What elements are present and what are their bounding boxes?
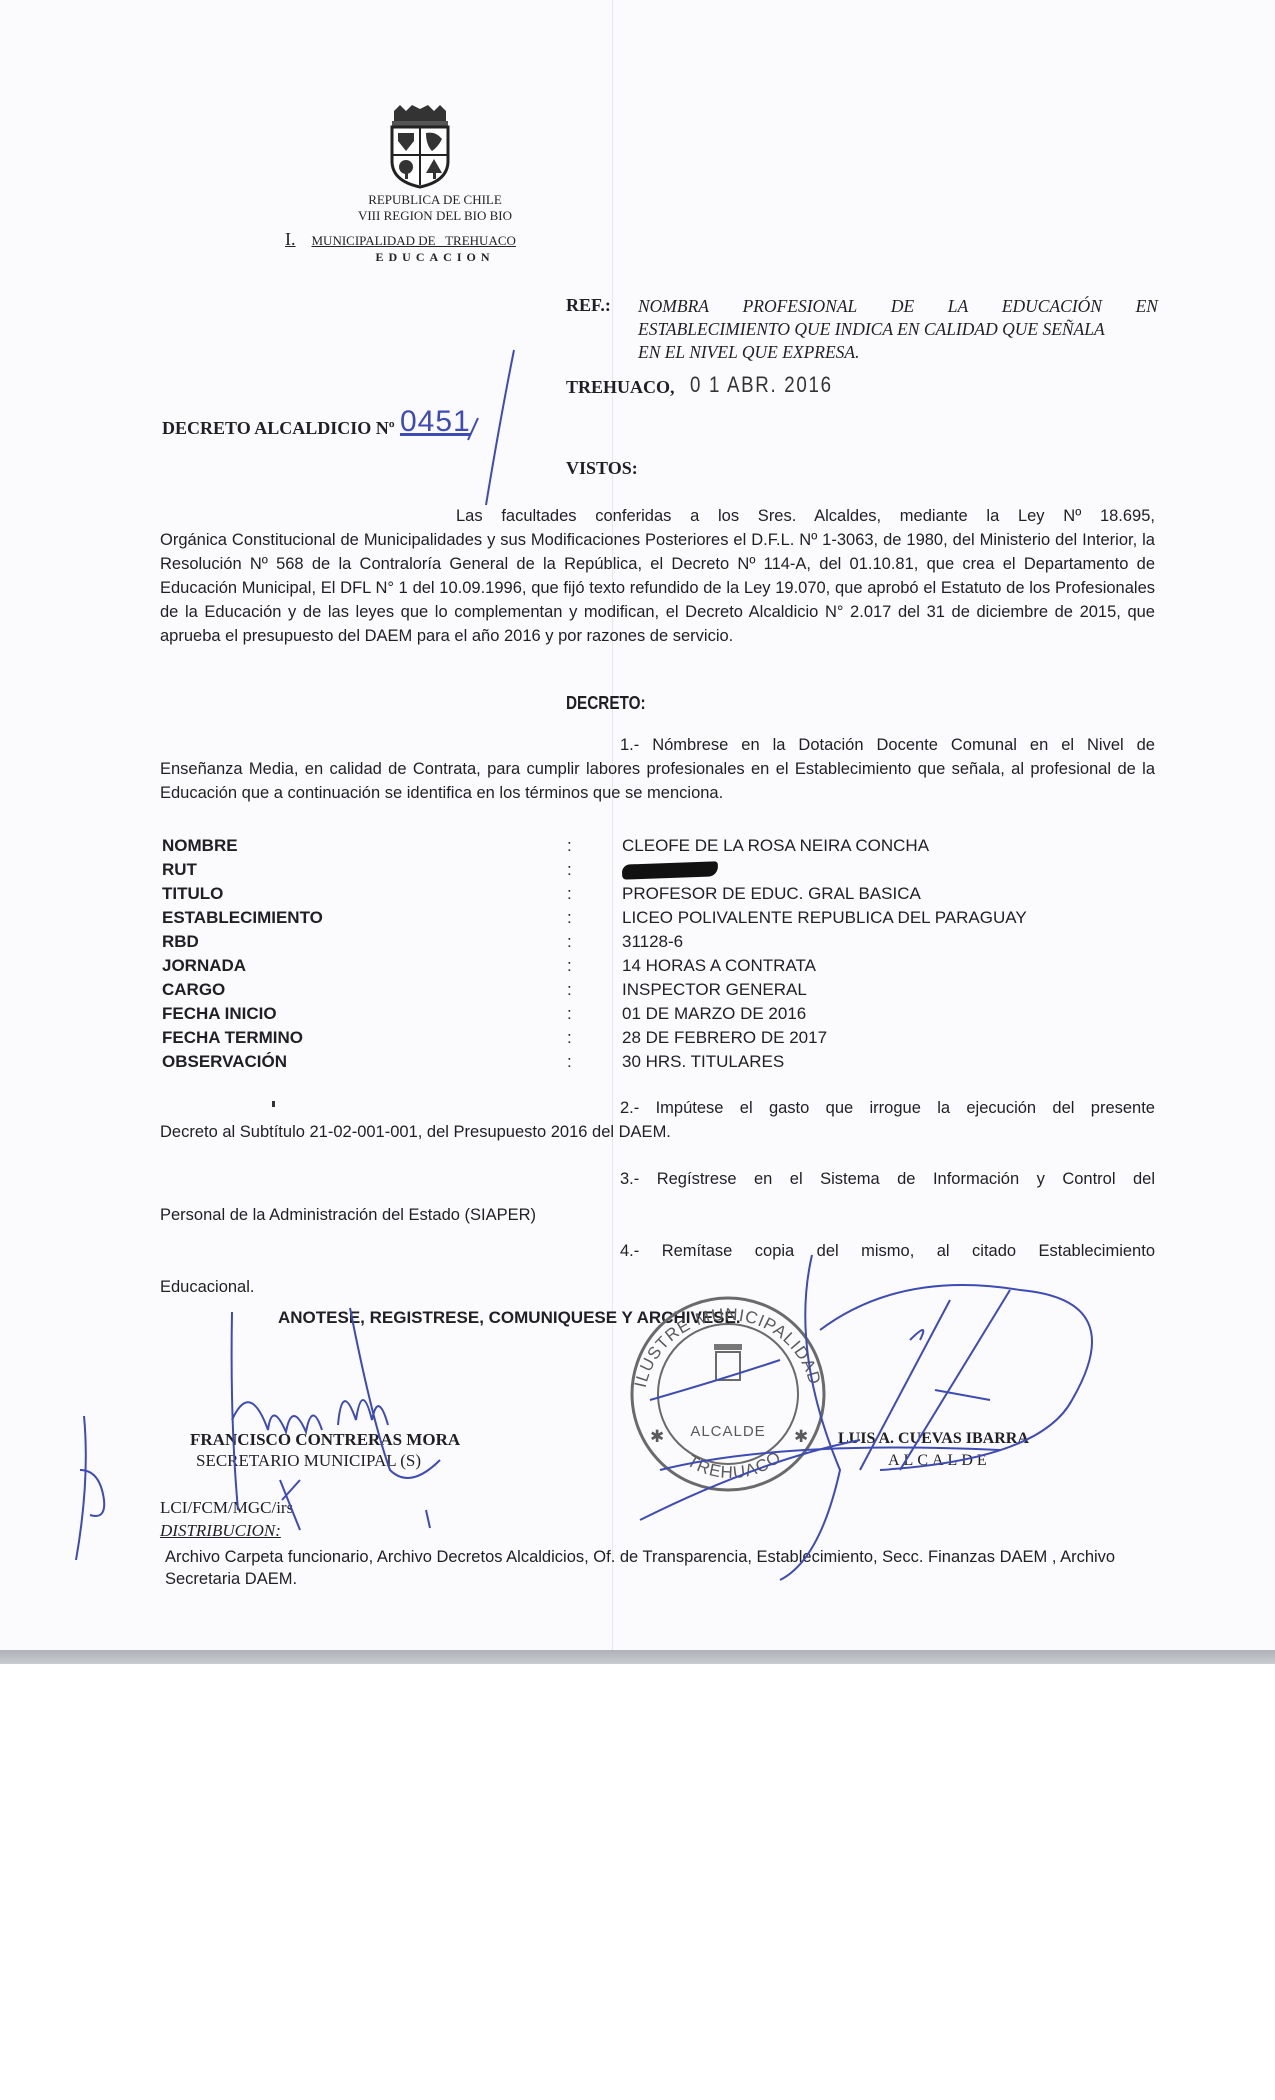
- header-region: VIII REGION DEL BIO BIO: [300, 208, 570, 224]
- vistos-body: Las facultades conferidas a los Sres. Al…: [160, 504, 1155, 648]
- mayor-title: ALCALDE: [888, 1452, 991, 1470]
- document-page: [0, 0, 1275, 1650]
- field-value: LICEO POLIVALENTE REPUBLICA DEL PARAGUAY: [622, 906, 1162, 930]
- field-value: 01 DE MARZO DE 2016: [622, 1002, 1162, 1026]
- ref-word: PROFESIONAL: [743, 295, 858, 318]
- article-1-rest: Enseñanza Media, en calidad de Contrata,…: [160, 757, 1155, 805]
- decree-number-label: DECRETO ALCALDICIO Nº: [162, 418, 395, 439]
- ref-word: NOMBRA: [638, 295, 709, 318]
- ref-word: LA: [948, 295, 968, 318]
- distribution-label: DISTRIBUCION:: [160, 1521, 281, 1541]
- coat-of-arms-icon: [384, 103, 456, 189]
- field-value: 30 HRS. TITULARES: [622, 1050, 1162, 1074]
- field-label: NOMBRE: [162, 834, 567, 858]
- date-stamp: 0 1 ABR. 2016: [690, 372, 833, 398]
- field-row: FECHA INICIO:01 DE MARZO DE 2016: [162, 1002, 1162, 1026]
- scan-edge: [0, 1650, 1275, 1664]
- field-label: ESTABLECIMIENTO: [162, 906, 567, 930]
- field-row: CARGO:INSPECTOR GENERAL: [162, 978, 1162, 1002]
- article-1-first: 1.- Nómbrese en la Dotación Docente Comu…: [160, 733, 1155, 757]
- article-3-first: 3.- Regístrese en el Sistema de Informac…: [160, 1167, 1155, 1191]
- mayor-name: LUIS A. CUEVAS IBARRA: [838, 1430, 1029, 1448]
- header-prefix: I.: [285, 229, 296, 249]
- field-separator: :: [567, 978, 622, 1002]
- field-row: NOMBRE:CLEOFE DE LA ROSA NEIRA CONCHA: [162, 834, 1162, 858]
- ref-line-1: NOMBRAPROFESIONALDELAEDUCACIÓNEN: [638, 295, 1158, 318]
- article-2: 2.- Impútese el gasto que irrogue la eje…: [160, 1096, 1155, 1144]
- field-row: RBD:31128-6: [162, 930, 1162, 954]
- article-4: 4.- Remítase copia del mismo, al citado …: [160, 1239, 1155, 1299]
- field-label: CARGO: [162, 978, 567, 1002]
- header-country: REPUBLICA DE CHILE: [300, 192, 570, 208]
- field-separator: :: [567, 834, 622, 858]
- field-label: RUT: [162, 858, 567, 882]
- article-4-rest: Educacional.: [160, 1275, 1155, 1299]
- header-municipality-name: MUNICIPALIDAD DE TREHUACO: [312, 233, 516, 248]
- article-1: 1.- Nómbrese en la Dotación Docente Comu…: [160, 733, 1155, 805]
- field-label: OBSERVACIÓN: [162, 1050, 567, 1074]
- vistos-title: VISTOS:: [566, 458, 638, 479]
- ref-text: NOMBRAPROFESIONALDELAEDUCACIÓNEN ESTABLE…: [638, 295, 1158, 364]
- field-label: JORNADA: [162, 954, 567, 978]
- article-3-rest: Personal de la Administración del Estado…: [160, 1203, 1155, 1227]
- ref-word: DE: [891, 295, 914, 318]
- field-label: TITULO: [162, 882, 567, 906]
- field-value-redacted: 7.830.145-7: [622, 858, 1162, 882]
- field-row: ESTABLECIMIENTO:LICEO POLIVALENTE REPUBL…: [162, 906, 1162, 930]
- field-label: RBD: [162, 930, 567, 954]
- field-separator: :: [567, 1050, 622, 1074]
- ref-line-3: EN EL NIVEL QUE EXPRESA.: [638, 341, 1158, 364]
- field-separator: :: [567, 858, 622, 882]
- field-row: JORNADA:14 HORAS A CONTRATA: [162, 954, 1162, 978]
- field-label: FECHA INICIO: [162, 1002, 567, 1026]
- field-separator: :: [567, 1002, 622, 1026]
- ref-word: EDUCACIÓN: [1002, 295, 1102, 318]
- field-row: TITULO:PROFESOR DE EDUC. GRAL BASICA: [162, 882, 1162, 906]
- decreto-title: DECRETO:: [566, 693, 646, 714]
- distribution-body: Archivo Carpeta funcionario, Archivo Dec…: [165, 1546, 1155, 1590]
- field-value: INSPECTOR GENERAL: [622, 978, 1162, 1002]
- field-value: 28 DE FEBRERO DE 2017: [622, 1026, 1162, 1050]
- secretary-name: FRANCISCO CONTRERAS MORA: [190, 1430, 460, 1450]
- closing-formula: ANOTESE, REGISTRESE, COMUNIQUESE Y ARCHI…: [278, 1308, 741, 1328]
- vistos-first-line: Las facultades conferidas a los Sres. Al…: [160, 504, 1155, 528]
- ref-label: REF.:: [566, 295, 611, 316]
- ref-line-2: ESTABLECIMIENTO QUE INDICA EN CALIDAD QU…: [638, 318, 1158, 341]
- field-separator: :: [567, 954, 622, 978]
- article-2-first: 2.- Impútese el gasto que irrogue la eje…: [160, 1096, 1155, 1120]
- field-label: FECHA TERMINO: [162, 1026, 567, 1050]
- article-2-rest: Decreto al Subtítulo 21-02-001-001, del …: [160, 1120, 1155, 1144]
- article-3: 3.- Regístrese en el Sistema de Informac…: [160, 1167, 1155, 1227]
- redaction-mark: 7.830.145-7: [622, 861, 719, 879]
- place: TREHUACO,: [566, 377, 675, 398]
- field-value: PROFESOR DE EDUC. GRAL BASICA: [622, 882, 1162, 906]
- field-separator: :: [567, 1026, 622, 1050]
- ref-word: EN: [1136, 295, 1158, 318]
- vistos-rest: Orgánica Constitucional de Municipalidad…: [160, 528, 1155, 648]
- field-separator: :: [567, 930, 622, 954]
- field-separator: :: [567, 882, 622, 906]
- field-value: 14 HORAS A CONTRATA: [622, 954, 1162, 978]
- field-value: CLEOFE DE LA ROSA NEIRA CONCHA: [622, 834, 1162, 858]
- field-row: FECHA TERMINO:28 DE FEBRERO DE 2017: [162, 1026, 1162, 1050]
- appointment-fields: NOMBRE:CLEOFE DE LA ROSA NEIRA CONCHARUT…: [162, 834, 1162, 1074]
- field-row: OBSERVACIÓN:30 HRS. TITULARES: [162, 1050, 1162, 1074]
- field-row: RUT:7.830.145-7: [162, 858, 1162, 882]
- secretary-title: SECRETARIO MUNICIPAL (S): [196, 1451, 421, 1471]
- header-department: EDUCACION: [300, 250, 570, 265]
- initials: LCI/FCM/MGC/irs: [160, 1498, 293, 1518]
- field-value: 31128-6: [622, 930, 1162, 954]
- decree-number-handwritten: 0451: [400, 405, 471, 439]
- header-municipality: I.MUNICIPALIDAD DE TREHUACO: [285, 229, 585, 250]
- field-separator: :: [567, 906, 622, 930]
- article-4-first: 4.- Remítase copia del mismo, al citado …: [160, 1239, 1155, 1263]
